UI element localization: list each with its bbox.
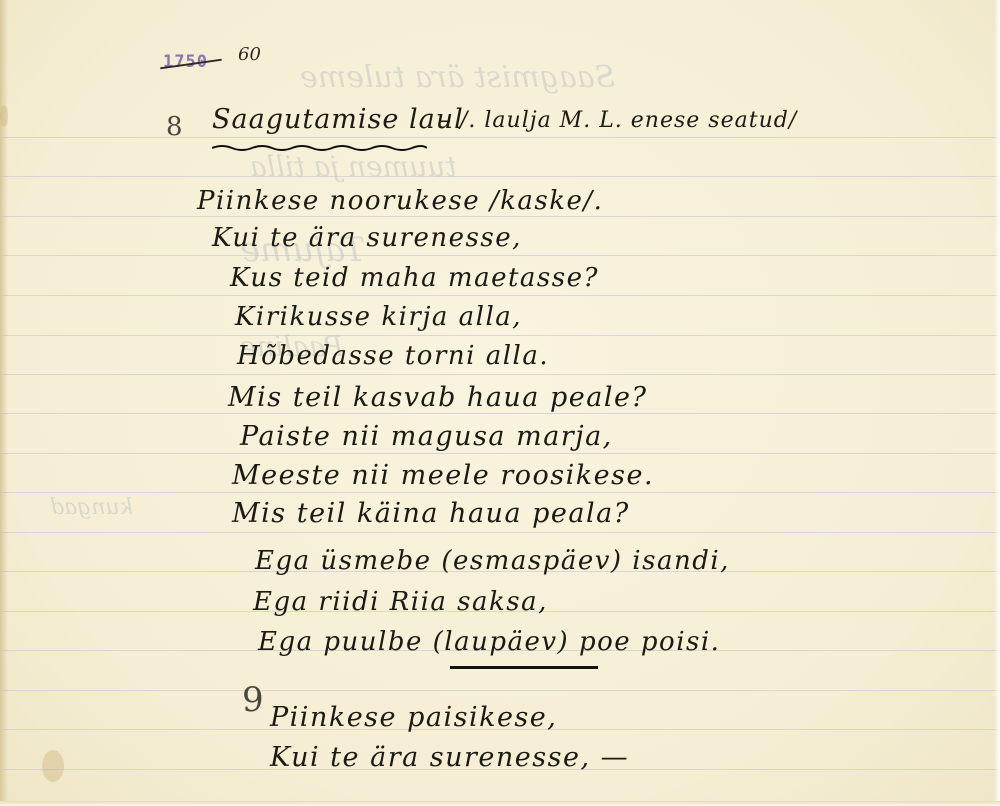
- ruled-line: [0, 295, 1000, 296]
- ruled-line: [0, 255, 1000, 256]
- underline-mark: [450, 666, 598, 669]
- ruled-line: [0, 690, 1000, 691]
- ruled-line: [0, 137, 1000, 138]
- verse-line: Mis teil käina haua peala?: [232, 498, 630, 529]
- verse-line: Meeste nii meele roosikese.: [232, 460, 654, 491]
- margin-mark: 9: [242, 680, 264, 720]
- verse-line: Paiste nii magusa marja,: [240, 421, 613, 452]
- paper-edge-right: [994, 0, 1000, 806]
- bleed-through-text: kungad: [50, 495, 133, 520]
- verse-line: Kirikusse kirja alla,: [235, 302, 522, 332]
- verse-line: Piinkese paisikese,: [270, 702, 557, 733]
- verse-line: Mis teil kasvab haua peale?: [228, 382, 647, 413]
- verse-line: Piinkese noorukese /kaske/.: [197, 186, 603, 216]
- ruled-line: [0, 532, 1000, 533]
- ruled-line: [0, 216, 1000, 217]
- verse-line: Kui te ära surenesse,: [212, 223, 522, 253]
- verse-line: Hõbedasse torni alla.: [237, 341, 549, 371]
- ruled-line: [0, 453, 1000, 454]
- ruled-line: [0, 176, 1000, 177]
- verse-line: Ega üsmebe (esmaspäev) isandi,: [255, 546, 730, 576]
- verse-line: Ega puulbe (laupäev) poe poisi.: [258, 627, 720, 657]
- bleed-through-text: tuumen ja tilla: [250, 150, 456, 183]
- verse-line: Kus teid maha maetasse?: [230, 263, 599, 293]
- wavy-underline: [212, 144, 427, 152]
- ruled-line: [0, 413, 1000, 414]
- margin-mark: 8: [166, 112, 183, 142]
- manuscript-page: Saagmist ära tuleme tuumen ja tilla Taju…: [0, 0, 1000, 806]
- paper-stain: [0, 105, 8, 127]
- verse-line: Ega riidi Riia saksa,: [253, 587, 548, 617]
- ruled-line: [0, 492, 1000, 493]
- bleed-through-text: Saagmist ära tuleme: [300, 60, 615, 95]
- ruled-line: [0, 374, 1000, 375]
- paper-edge-bottom: [0, 801, 1000, 806]
- ruled-line: [0, 335, 1000, 336]
- paper-stain: [42, 750, 64, 782]
- verse-line: Kui te ära surenesse, —: [270, 742, 629, 773]
- song-title: Saagutamise laul: [212, 104, 464, 135]
- song-subtitle: – /. laulja M. L. enese seatud/: [440, 108, 797, 133]
- page-number: 60: [238, 44, 261, 65]
